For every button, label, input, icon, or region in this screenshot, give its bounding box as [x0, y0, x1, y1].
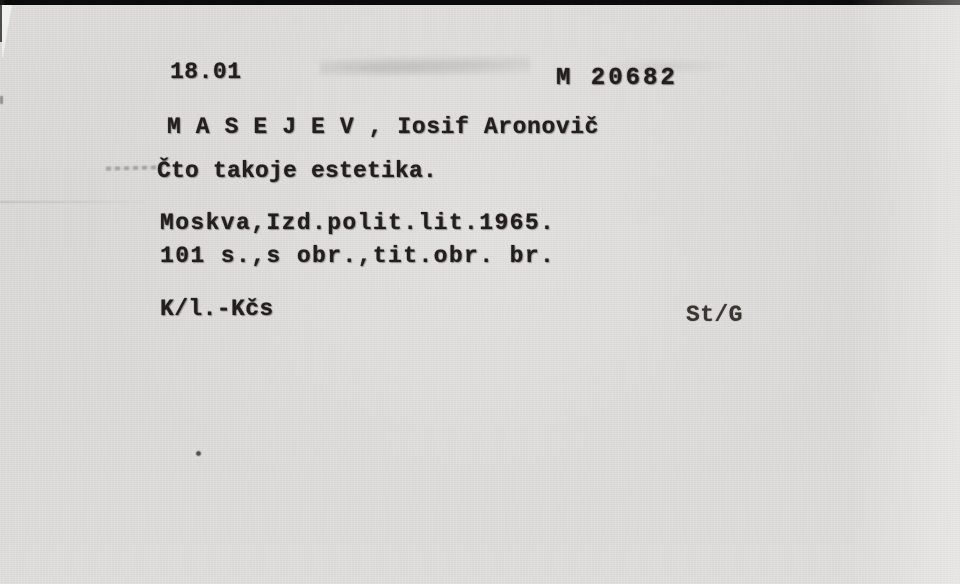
ink-speck — [196, 451, 201, 456]
catalog-card-scan: 18.01 M 20682 M A S E J E V , Iosif Aron… — [0, 0, 960, 584]
accession-number: M 20682 — [556, 66, 678, 92]
collation-line: 101 s.,s obr.,tit.obr. br. — [160, 243, 555, 269]
author-heading: M A S E J E V , Iosif Aronovič — [167, 114, 599, 140]
cataloger-code: St/G — [686, 302, 743, 328]
imprint-line: Moskva,Izd.polit.lit.1965. — [160, 210, 555, 236]
ink-smudge — [106, 165, 162, 170]
scanner-edge-top — [0, 0, 960, 5]
classification-number: 18.01 — [170, 59, 242, 85]
ink-speck — [0, 96, 3, 104]
ink-smudge — [320, 56, 530, 76]
scan-vignette — [850, 0, 960, 584]
card-crease — [0, 201, 150, 203]
card-corner-highlight — [2, 5, 18, 57]
price-code: K/l.-Kčs — [160, 296, 274, 322]
title-line: Čto takoje estetika. — [157, 158, 437, 184]
